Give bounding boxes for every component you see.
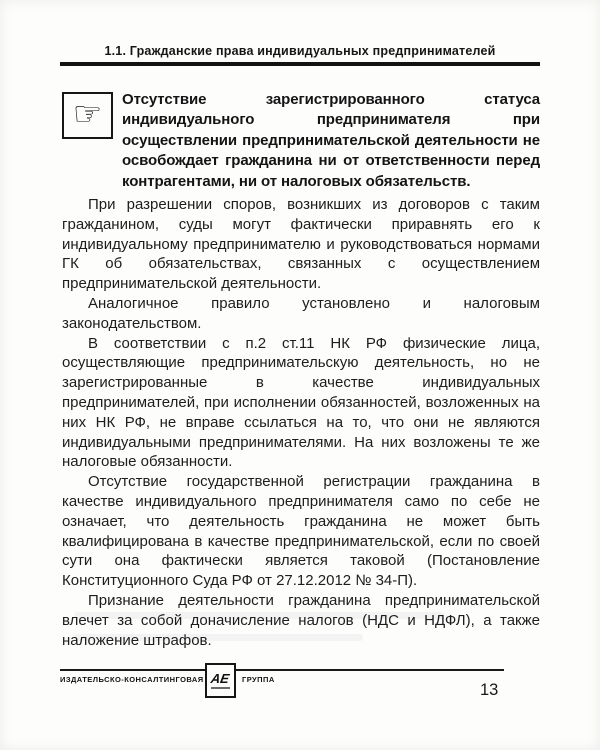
running-header: 1.1. Гражданские права индивидуальных пр… <box>60 0 540 66</box>
paragraph-1: При разрешении споров, возникших из дого… <box>62 195 540 294</box>
page-number: 13 <box>480 681 498 700</box>
pointing-hand-icon: ☞ <box>62 92 113 139</box>
header-rule <box>60 62 540 66</box>
publisher-logo-caption <box>211 687 230 689</box>
pointing-hand-glyph: ☞ <box>73 97 103 130</box>
callout-text: Отсутствие зарегистрированного статуса и… <box>122 90 540 192</box>
key-point-callout: ☞ Отсутствие зарегистрированного статуса… <box>62 90 540 192</box>
publisher-name-right: ГРУППА <box>242 675 275 684</box>
chapter-heading: 1.1. Гражданские права индивидуальных пр… <box>60 44 540 58</box>
footer-rule <box>60 669 504 671</box>
publisher-logo-monogram: АЕ <box>210 672 230 685</box>
publisher-logo: АЕ <box>205 663 236 698</box>
body-text: При разрешении споров, возникших из дого… <box>62 195 540 650</box>
paragraph-4: Отсутствие государственной регистрации г… <box>62 472 540 591</box>
paragraph-2: Аналогичное правило установлено и налого… <box>62 294 540 334</box>
publisher-name-left: ИЗДАТЕЛЬСКО-КОНСАЛТИНГОВАЯ <box>60 675 204 684</box>
paragraph-5: Признание деятельности гражданина предпр… <box>62 591 540 650</box>
book-page: 1.1. Гражданские права индивидуальных пр… <box>0 0 600 750</box>
paragraph-3: В соответствии с п.2 ст.11 НК РФ физичес… <box>62 334 540 473</box>
page-footer: ИЗДАТЕЛЬСКО-КОНСАЛТИНГОВАЯ АЕ ГРУППА 13 <box>60 669 540 729</box>
